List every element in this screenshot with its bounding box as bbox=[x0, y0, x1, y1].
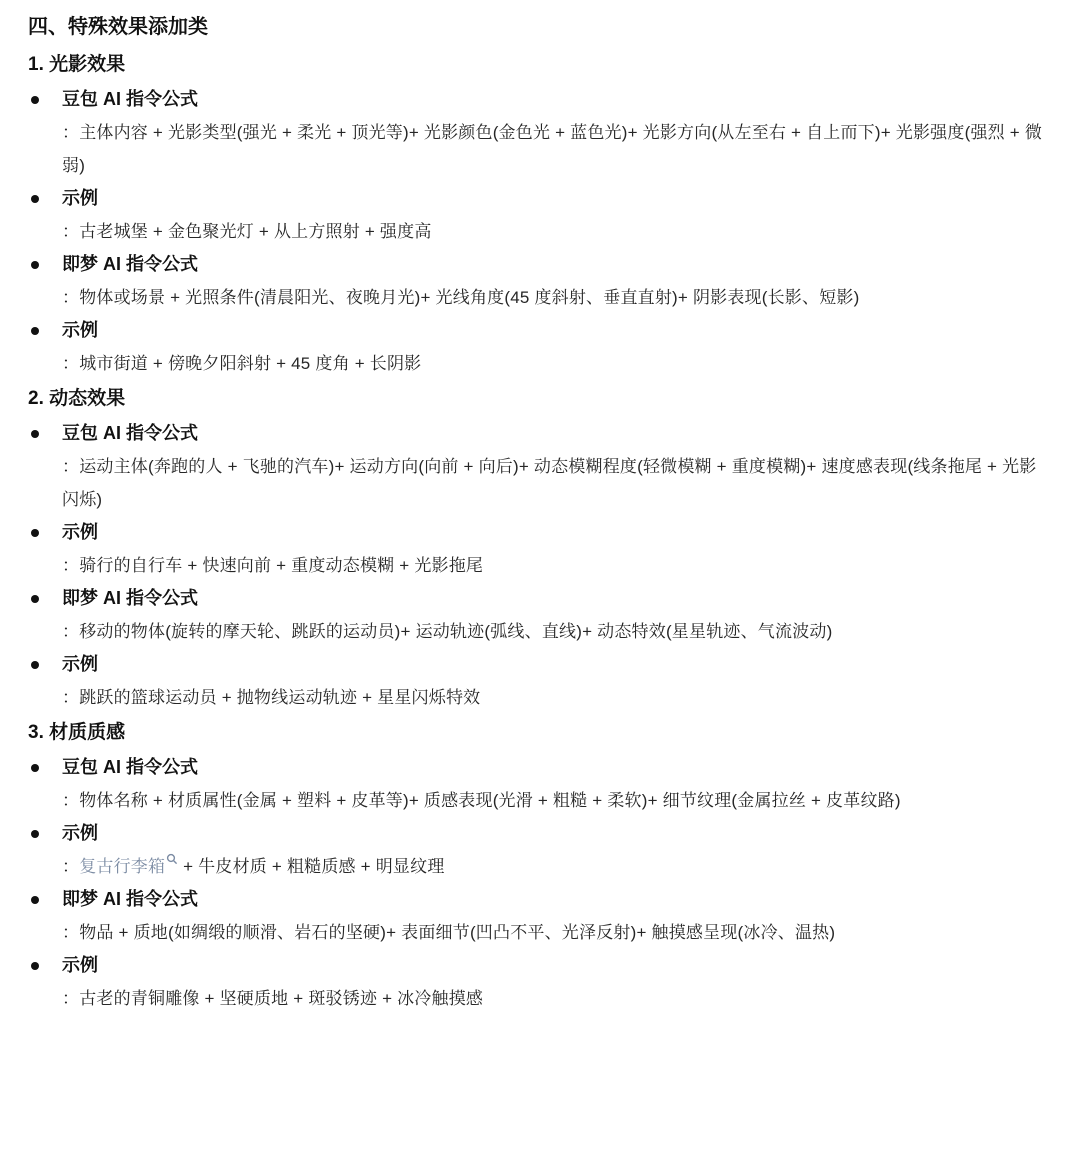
bullet-icon bbox=[28, 883, 62, 916]
list-item: 豆包 AI 指令公式 bbox=[28, 417, 1052, 450]
formula-line: ：物体名称 + 材质属性(金属 + 塑料 + 皮革等)+ 质感表现(光滑 + 粗… bbox=[62, 784, 1052, 817]
document-body: 四、特殊效果添加类 1. 光影效果 豆包 AI 指令公式 ：主体内容 + 光影类… bbox=[0, 0, 1080, 1015]
bullet-label: 即梦 AI 指令公式 bbox=[62, 248, 198, 281]
bullet-label: 豆包 AI 指令公式 bbox=[62, 417, 198, 450]
bullet-label: 示例 bbox=[62, 516, 98, 549]
list-item: 即梦 AI 指令公式 bbox=[28, 883, 1052, 916]
bullet-label: 豆包 AI 指令公式 bbox=[62, 751, 198, 784]
bullet-icon bbox=[28, 582, 62, 615]
bullet-icon bbox=[28, 83, 62, 116]
example-line: ：骑行的自行车 + 快速向前 + 重度动态模糊 + 光影拖尾 bbox=[62, 549, 1052, 582]
bullet-label: 即梦 AI 指令公式 bbox=[62, 883, 198, 916]
bullet-icon bbox=[28, 949, 62, 982]
colon-prefix: ： bbox=[62, 857, 79, 876]
list-item: 示例 bbox=[28, 516, 1052, 549]
bullet-icon bbox=[28, 648, 62, 681]
list-item: 豆包 AI 指令公式 bbox=[28, 751, 1052, 784]
formula-line: ：物体或场景 + 光照条件(清晨阳光、夜晚月光)+ 光线角度(45 度斜射、垂直… bbox=[62, 281, 1052, 314]
section-heading-light-shadow: 1. 光影效果 bbox=[28, 48, 1052, 82]
list-item: 示例 bbox=[28, 949, 1052, 982]
bullet-label: 示例 bbox=[62, 314, 98, 347]
list-item: 豆包 AI 指令公式 bbox=[28, 83, 1052, 116]
list-item: 即梦 AI 指令公式 bbox=[28, 248, 1052, 281]
bullet-label: 示例 bbox=[62, 648, 98, 681]
bullet-icon bbox=[28, 314, 62, 347]
list-item: 示例 bbox=[28, 182, 1052, 215]
bullet-icon bbox=[28, 516, 62, 549]
bullet-icon bbox=[28, 751, 62, 784]
list-item: 示例 bbox=[28, 648, 1052, 681]
example-line: ：古老城堡 + 金色聚光灯 + 从上方照射 + 强度高 bbox=[62, 215, 1052, 248]
bullet-icon bbox=[28, 248, 62, 281]
list-item: 示例 bbox=[28, 817, 1052, 850]
bullet-label: 示例 bbox=[62, 182, 98, 215]
bullet-icon bbox=[28, 182, 62, 215]
bullet-icon bbox=[28, 817, 62, 850]
vintage-luggage-link[interactable]: 复古行李箱 bbox=[79, 857, 178, 876]
formula-line: ：运动主体(奔跑的人 + 飞驰的汽车)+ 运动方向(向前 + 向后)+ 动态模糊… bbox=[62, 450, 1052, 516]
section-heading-dynamic-effect: 2. 动态效果 bbox=[28, 382, 1052, 416]
formula-line: ：移动的物体(旋转的摩天轮、跳跃的运动员)+ 运动轨迹(弧线、直线)+ 动态特效… bbox=[62, 615, 1052, 648]
example-line: ：古老的青铜雕像 + 坚硬质地 + 斑驳锈迹 + 冰冷触摸感 bbox=[62, 982, 1052, 1015]
example-line: ：跳跃的篮球运动员 + 抛物线运动轨迹 + 星星闪烁特效 bbox=[62, 681, 1052, 714]
example-line-with-link: ：复古行李箱 + 牛皮材质 + 粗糙质感 + 明显纹理 bbox=[62, 850, 1052, 883]
example-suffix: + 牛皮材质 + 粗糙质感 + 明显纹理 bbox=[178, 857, 444, 876]
search-icon bbox=[166, 853, 178, 865]
bullet-icon bbox=[28, 417, 62, 450]
link-text: 复古行李箱 bbox=[79, 857, 165, 876]
example-line: ：城市街道 + 傍晚夕阳斜射 + 45 度角 + 长阴影 bbox=[62, 347, 1052, 380]
formula-line: ：主体内容 + 光影类型(强光 + 柔光 + 顶光等)+ 光影颜色(金色光 + … bbox=[62, 116, 1052, 182]
page-title: 四、特殊效果添加类 bbox=[28, 10, 1052, 44]
bullet-label: 即梦 AI 指令公式 bbox=[62, 582, 198, 615]
bullet-label: 示例 bbox=[62, 949, 98, 982]
bullet-label: 豆包 AI 指令公式 bbox=[62, 83, 198, 116]
bullet-label: 示例 bbox=[62, 817, 98, 850]
section-heading-material-texture: 3. 材质质感 bbox=[28, 716, 1052, 750]
formula-line: ：物品 + 质地(如绸缎的顺滑、岩石的坚硬)+ 表面细节(凹凸不平、光泽反射)+… bbox=[62, 916, 1052, 949]
list-item: 即梦 AI 指令公式 bbox=[28, 582, 1052, 615]
list-item: 示例 bbox=[28, 314, 1052, 347]
